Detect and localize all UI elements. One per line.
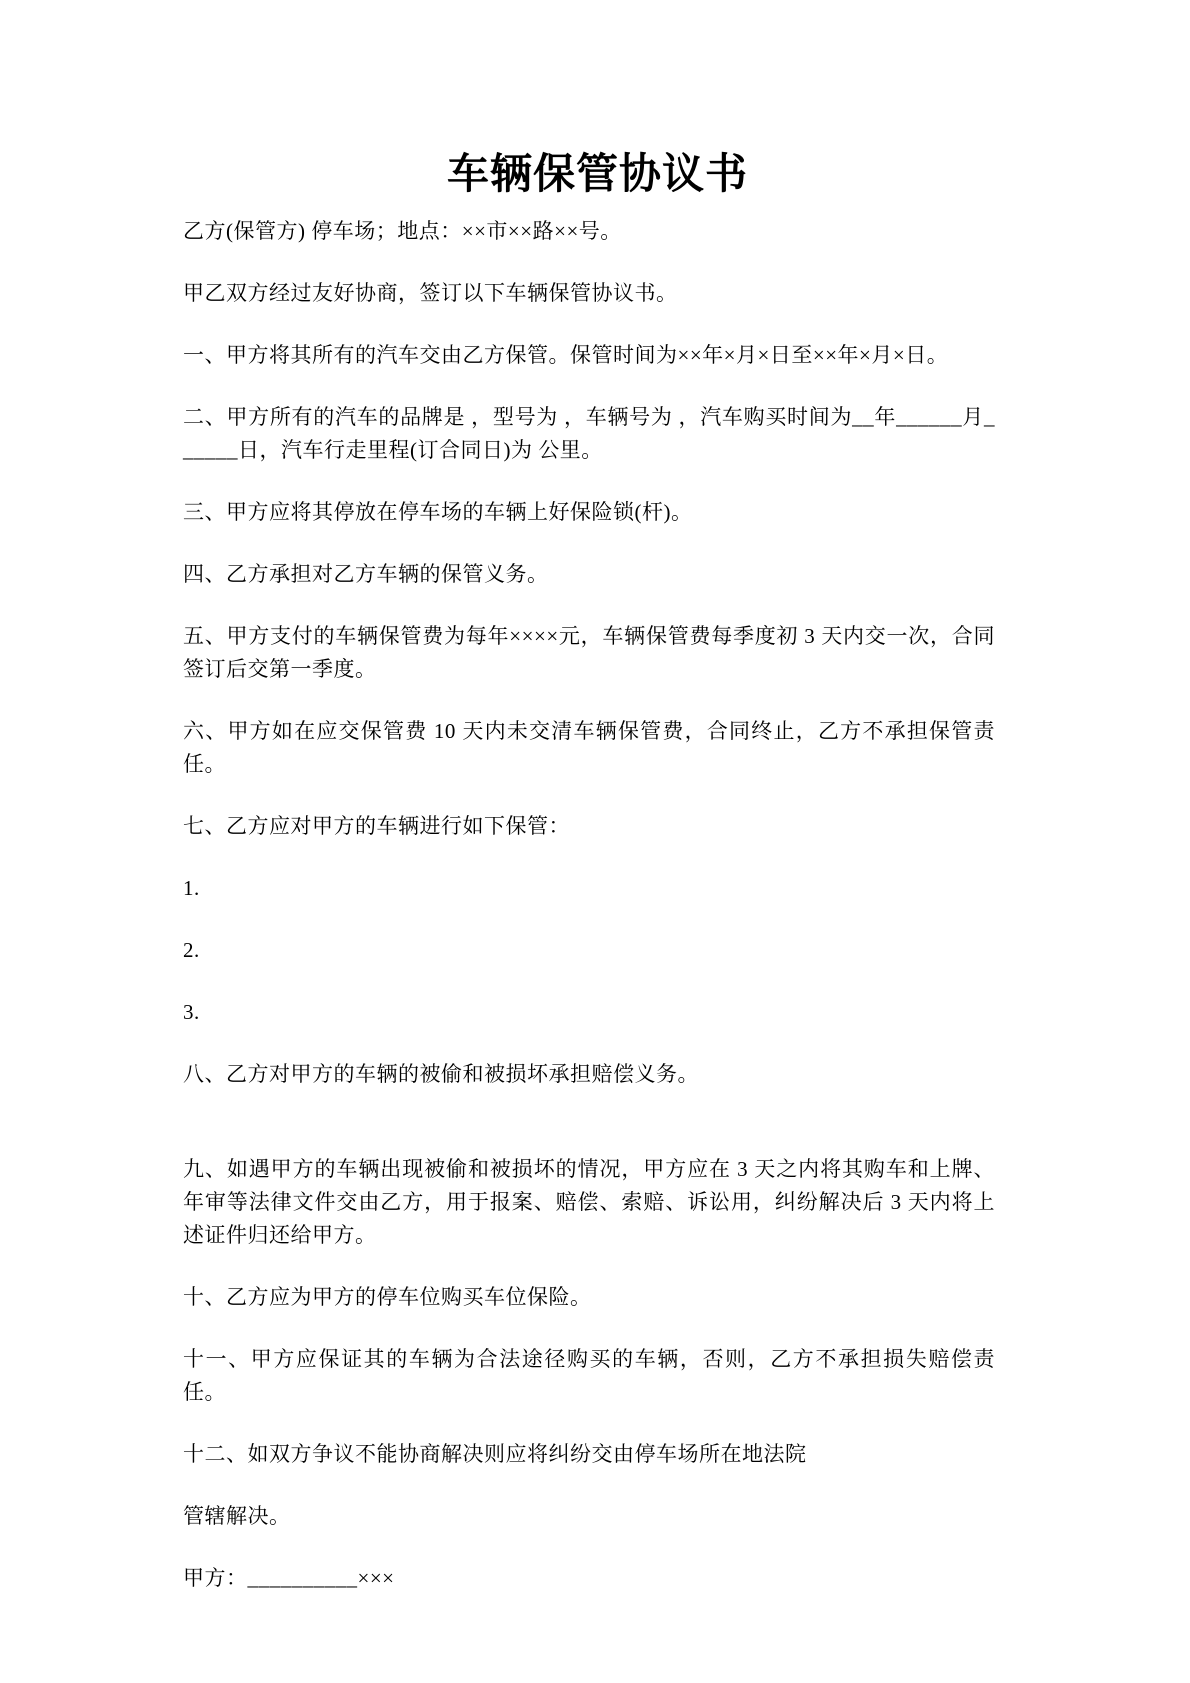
blank-line [183,1120,995,1124]
paragraph: 甲乙双方经过友好协商，签订以下车辆保管协议书。 [183,277,995,310]
paragraph: 六、甲方如在应交保管费 10 天内未交清车辆保管费，合同终止，乙方不承担保管责任… [183,715,995,781]
paragraph: 三、甲方应将其停放在停车场的车辆上好保险锁(杆)。 [183,496,995,529]
paragraph: 七、乙方应对甲方的车辆进行如下保管： [183,810,995,843]
paragraph: 八、乙方对甲方的车辆的被偷和被损坏承担赔偿义务。 [183,1058,995,1091]
paragraph: 2. [183,934,995,967]
paragraph: 五、甲方支付的车辆保管费为每年××××元，车辆保管费每季度初 3 天内交一次，合… [183,620,995,686]
paragraph: 十二、如双方争议不能协商解决则应将纠纷交由停车场所在地法院 [183,1438,995,1471]
paragraph: 乙方(保管方) 停车场；地点：××市××路××号。 [183,215,995,248]
paragraph: 四、乙方承担对乙方车辆的保管义务。 [183,558,995,591]
paragraph: 管辖解决。 [183,1500,995,1533]
paragraph: 十一、甲方应保证其的车辆为合法途径购买的车辆，否则，乙方不承担损失赔偿责任。 [183,1343,995,1409]
document-page: 车辆保管协议书 乙方(保管方) 停车场；地点：××市××路××号。甲乙双方经过友… [0,0,1190,1683]
paragraph: 一、甲方将其所有的汽车交由乙方保管。保管时间为××年×月×日至××年×月×日。 [183,339,995,372]
paragraph: 1. [183,872,995,905]
paragraph: 甲方：__________××× [183,1562,995,1595]
paragraph: 九、如遇甲方的车辆出现被偷和被损坏的情况，甲方应在 3 天之内将其购车和上牌、年… [183,1153,995,1252]
paragraph: 二、甲方所有的汽车的品牌是 ，型号为 ，车辆号为 ，汽车购买时间为__年____… [183,401,995,467]
document-title: 车辆保管协议书 [183,148,1012,203]
paragraph: 十、乙方应为甲方的停车位购买车位保险。 [183,1281,995,1314]
paragraph: 3. [183,996,995,1029]
document-body: 乙方(保管方) 停车场；地点：××市××路××号。甲乙双方经过友好协商，签订以下… [183,215,995,1595]
